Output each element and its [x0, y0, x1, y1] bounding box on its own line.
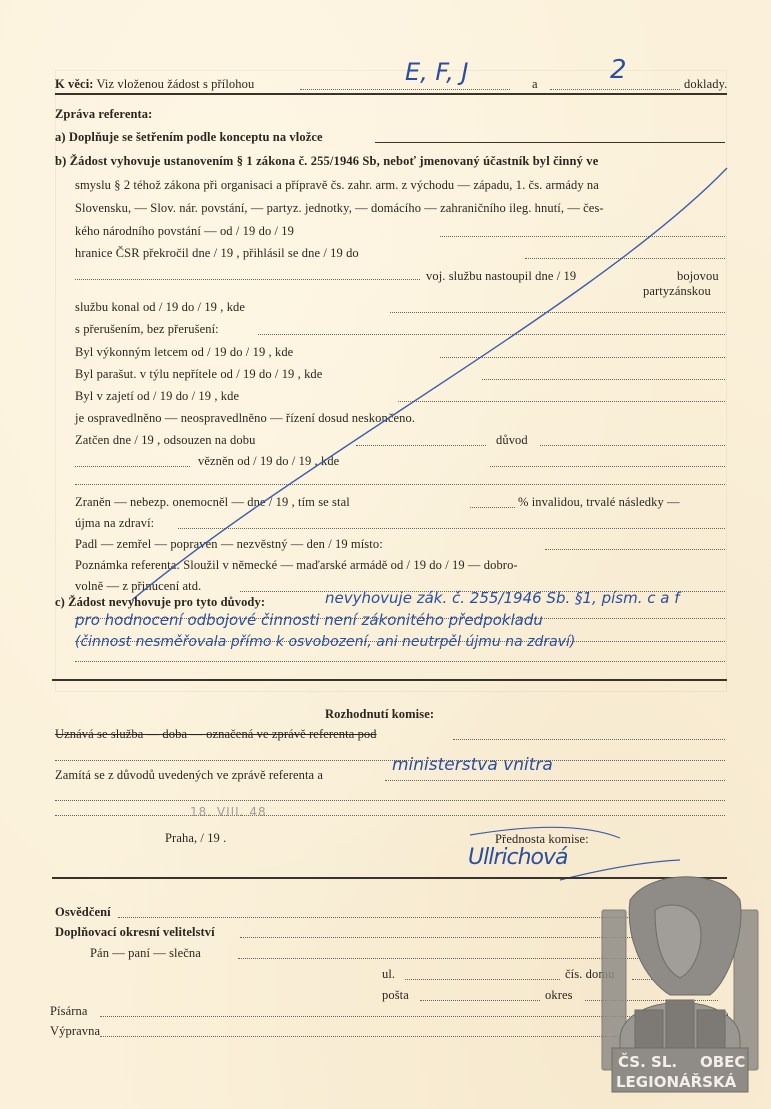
accepted-field[interactable]: [453, 739, 725, 740]
report-rule: [52, 679, 727, 681]
certificate-label: Osvědčení: [55, 905, 111, 919]
district-label: okres: [545, 988, 573, 1002]
district-command-label: Doplňovací okresní velitelství: [55, 925, 215, 939]
item-c-handwritten-1: nevyhovuje zák. č. 255/1946 Sb. §1, písm…: [325, 589, 680, 607]
item-c-handwritten-2: pro hodnocení odbojové činnosti není zák…: [75, 611, 543, 629]
item-c-label: c) Žádost nevyhovuje pro tyto důvody:: [55, 595, 265, 609]
logo-line1-left: ČS. SL.: [618, 1052, 677, 1071]
logo-line2: LEGIONÁŘSKÁ: [616, 1072, 737, 1091]
rejected-line: Zamítá se z důvodů uvedených ve zprávě r…: [55, 768, 323, 782]
signatory-label: Přednosta komise:: [495, 832, 589, 846]
legion-logo: ČS. SL. OBEC LEGIONÁŘSKÁ: [600, 870, 760, 1095]
accepted-line: Uznává se služba — doba — označená ve zp…: [55, 727, 377, 741]
date-stamp: 18. VIII. 48: [190, 805, 267, 819]
logo-line1-right: OBEC: [700, 1053, 745, 1071]
signature: Ullrichová: [468, 845, 567, 870]
accepted-field-cont[interactable]: [55, 760, 725, 761]
street-field[interactable]: [405, 979, 560, 980]
post-field[interactable]: [420, 1000, 540, 1001]
rejected-field[interactable]: [385, 780, 725, 781]
registry-label: Písárna: [50, 1004, 88, 1018]
item-c-handwritten-3: (činnost nesměřovala přímo k osvobození,…: [75, 634, 575, 650]
dispatch-label: Výpravna: [50, 1024, 100, 1038]
place-date: Praha, / 19 .: [165, 831, 226, 845]
addressee-label: Pán — paní — slečna: [90, 946, 201, 960]
rejected-handwritten: ministerstva vnitra: [392, 755, 553, 775]
rejected-field-cont-2[interactable]: [55, 815, 725, 816]
street-label: ul.: [382, 967, 395, 981]
item-c-line-3[interactable]: [75, 661, 725, 662]
rejected-field-cont[interactable]: [55, 800, 725, 801]
decision-title: Rozhodnutí komise:: [325, 707, 434, 721]
post-label: pošta: [382, 988, 409, 1002]
signatory-label-text: Přednosta komise:: [495, 832, 589, 846]
